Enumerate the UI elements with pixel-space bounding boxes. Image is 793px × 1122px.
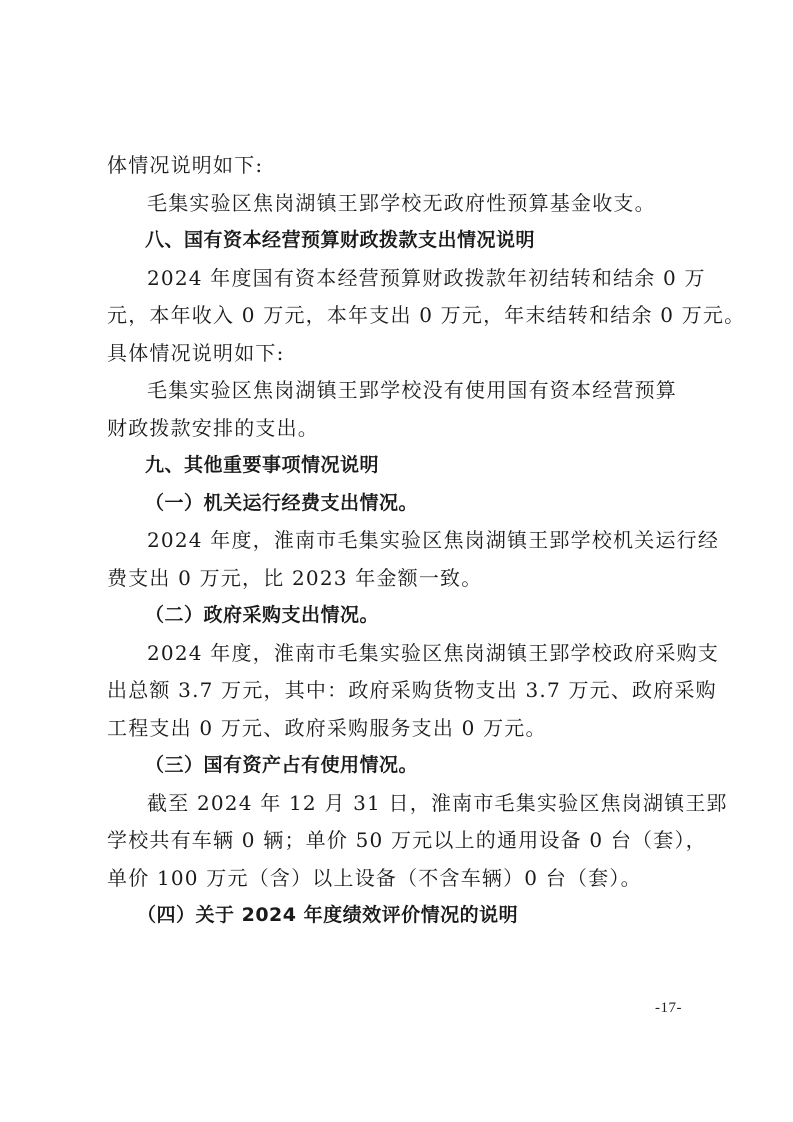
body-text-continuation: 工程支出 0 万元、政府采购服务支出 0 万元。 [107,710,691,748]
subsection-heading-4: （四）关于 2024 年度绩效评价情况的说明 [107,897,691,935]
body-paragraph: 2024 年度国有资本经营预算财政拨款年初结转和结余 0 万 [107,260,691,298]
body-text-continuation: 元，本年收入 0 万元，本年支出 0 万元，年末结转和结余 0 万元。 [107,297,691,335]
body-paragraph: 2024 年度，淮南市毛集实验区焦岗湖镇王郢学校政府采购支 [107,635,691,673]
body-paragraph: 截至 2024 年 12 月 31 日，淮南市毛集实验区焦岗湖镇王郢 [107,785,691,823]
body-text-continuation: 费支出 0 万元，比 2023 年金额一致。 [107,560,691,598]
document-page: 体情况说明如下: 毛集实验区焦岗湖镇王郢学校无政府性预算基金收支。 八、国有资本… [107,147,691,935]
body-text-continuation: 体情况说明如下: [107,147,691,185]
body-text-continuation: 单价 100 万元（含）以上设备（不含车辆）0 台（套）。 [107,860,691,898]
body-text-continuation: 财政拨款安排的支出。 [107,410,691,448]
body-text-continuation: 具体情况说明如下: [107,335,691,373]
body-paragraph: 毛集实验区焦岗湖镇王郢学校无政府性预算基金收支。 [107,185,691,223]
body-paragraph: 2024 年度，淮南市毛集实验区焦岗湖镇王郢学校机关运行经 [107,522,691,560]
body-text-continuation: 出总额 3.7 万元，其中：政府采购货物支出 3.7 万元、政府采购 [107,672,691,710]
subsection-heading-1: （一）机关运行经费支出情况。 [107,485,691,523]
subsection-heading-3: （三）国有资产占有使用情况。 [107,747,691,785]
body-paragraph: 毛集实验区焦岗湖镇王郢学校没有使用国有资本经营预算 [107,372,691,410]
section-heading-8: 八、国有资本经营预算财政拨款支出情况说明 [107,222,691,260]
subsection-heading-2: （二）政府采购支出情况。 [107,597,691,635]
body-text-continuation: 学校共有车辆 0 辆；单价 50 万元以上的通用设备 0 台（套）， [107,822,691,860]
section-heading-9: 九、其他重要事项情况说明 [107,447,691,485]
page-number: -17- [655,1000,682,1017]
